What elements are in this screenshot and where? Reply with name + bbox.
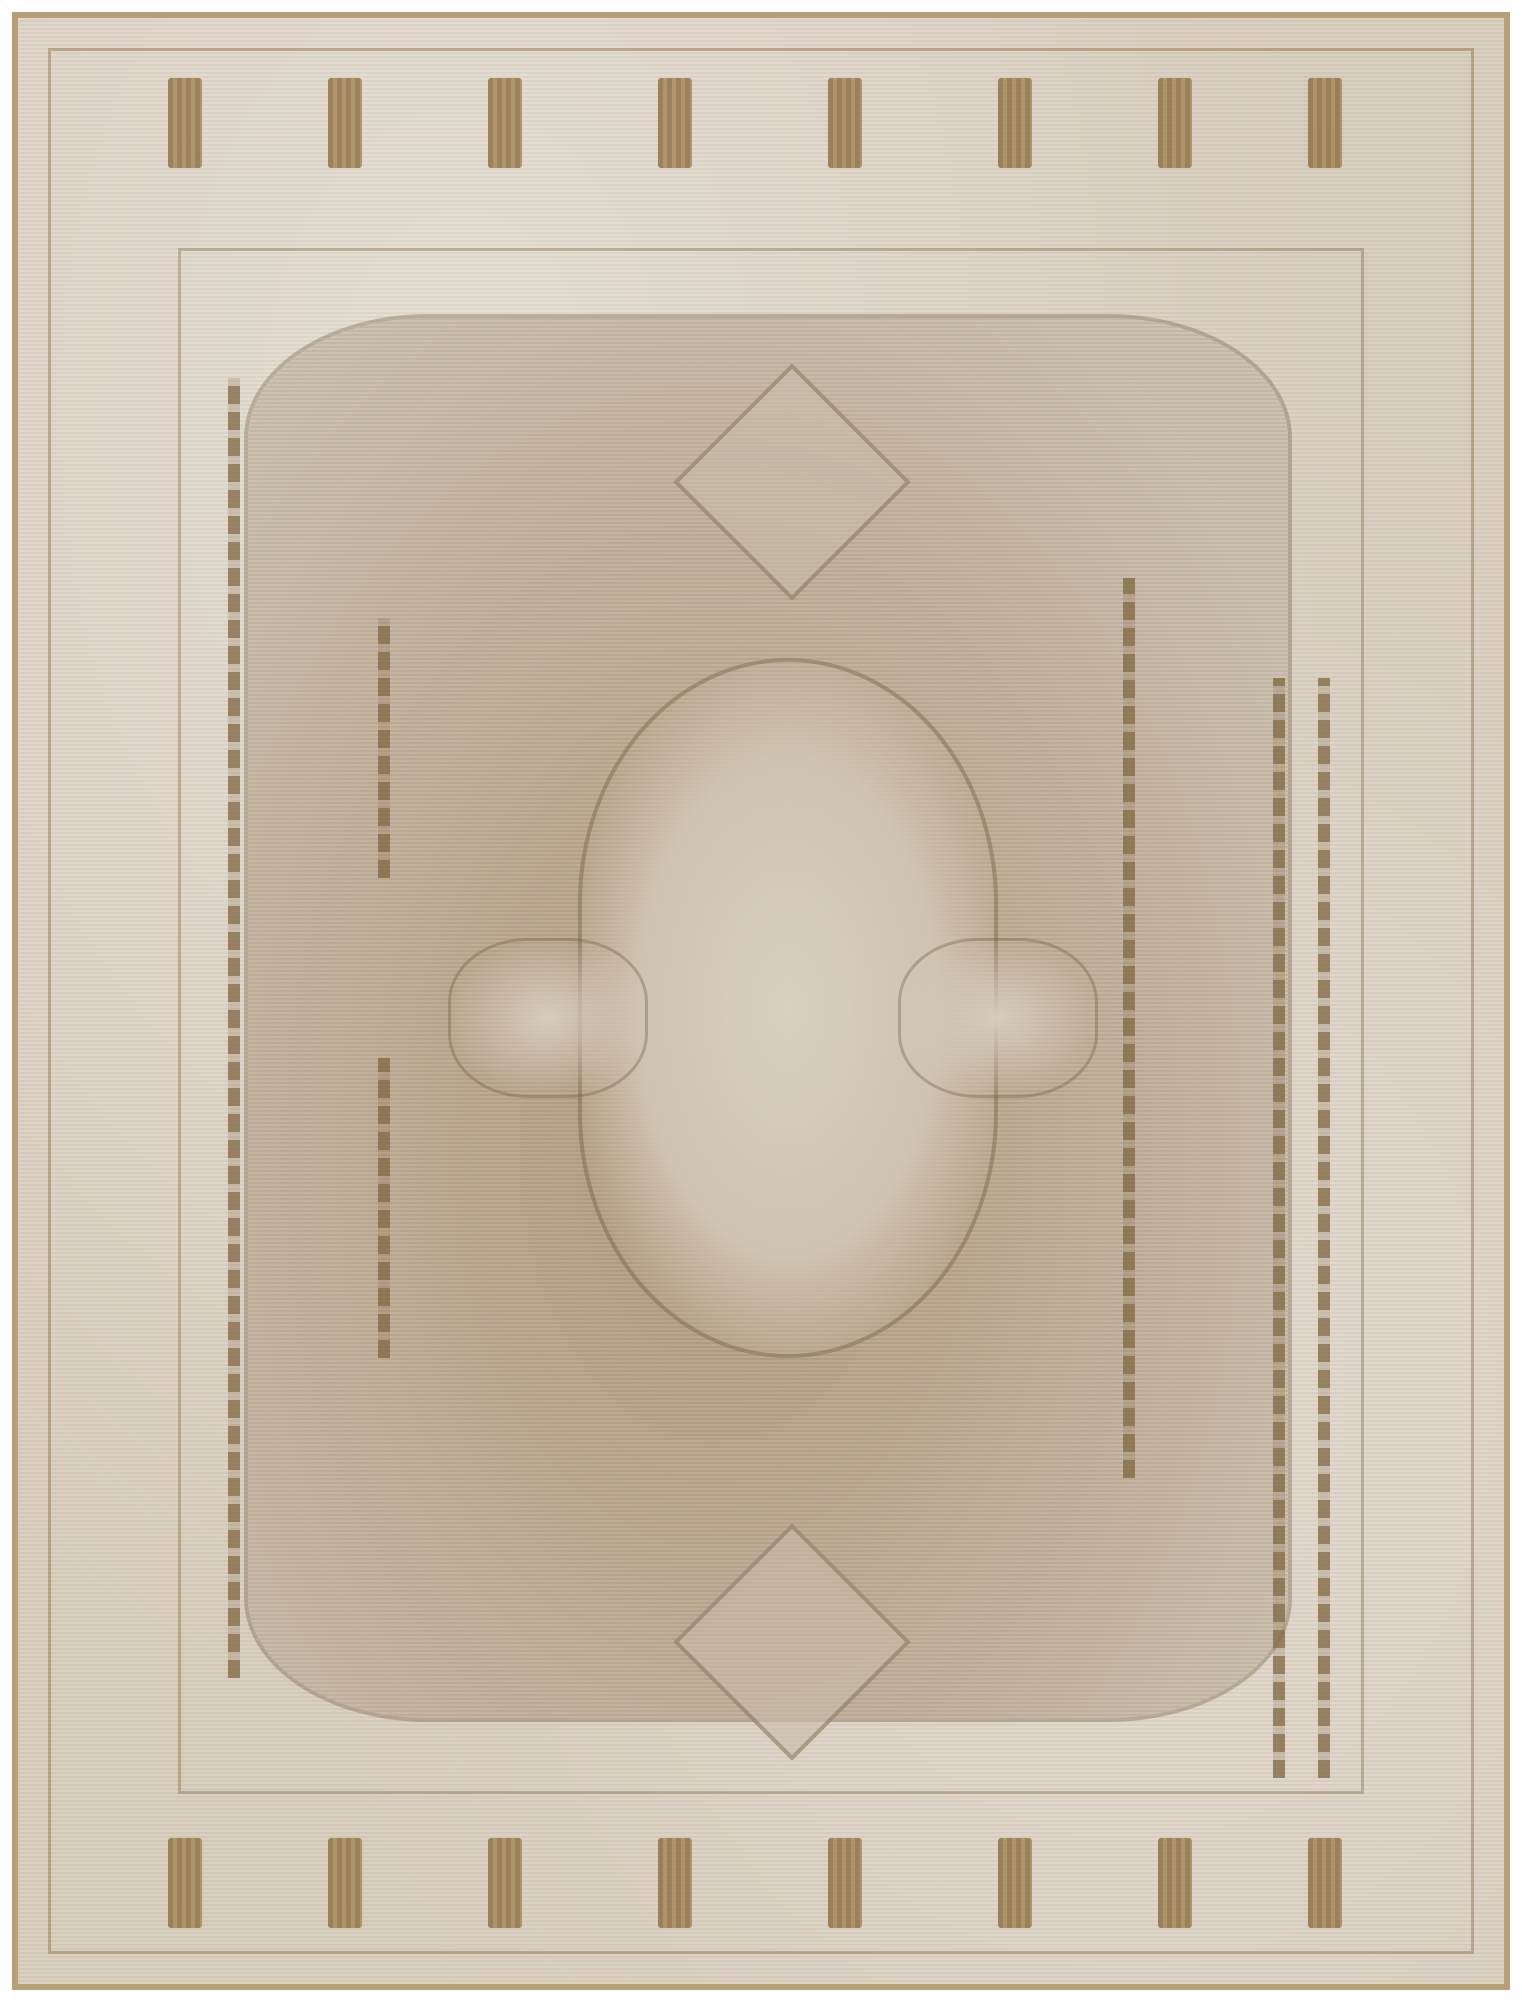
- field-stripe: [1318, 678, 1330, 1778]
- medallion-left-arm: [448, 938, 648, 1098]
- border-motif: [998, 78, 1032, 168]
- border-motif: [828, 1838, 862, 1928]
- field-stripe: [378, 618, 390, 878]
- border-motif: [1158, 78, 1192, 168]
- border-motif: [328, 1838, 362, 1928]
- vintage-rug: [12, 12, 1510, 1990]
- border-motif: [1308, 78, 1342, 168]
- border-motif: [998, 1838, 1032, 1928]
- field-stripe: [378, 1058, 390, 1358]
- border-motif: [488, 78, 522, 168]
- border-motif: [168, 1838, 202, 1928]
- border-motif: [488, 1838, 522, 1928]
- border-motif: [828, 78, 862, 168]
- field-stripe: [1273, 678, 1285, 1778]
- border-motif: [328, 78, 362, 168]
- border-motif: [1308, 1838, 1342, 1928]
- border-motif: [658, 78, 692, 168]
- border-motif: [658, 1838, 692, 1928]
- field-stripe: [228, 378, 240, 1678]
- border-motif: [1158, 1838, 1192, 1928]
- border-motif: [168, 78, 202, 168]
- field-stripe: [1123, 578, 1135, 1478]
- medallion-right-arm: [898, 938, 1098, 1098]
